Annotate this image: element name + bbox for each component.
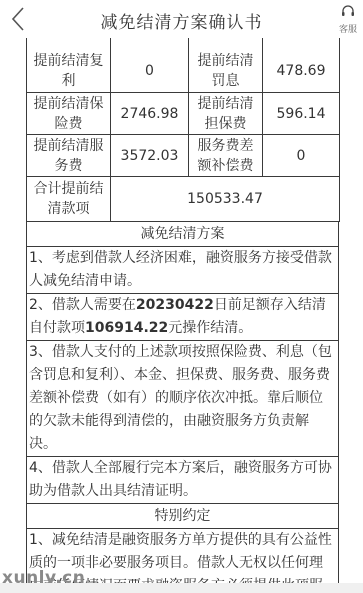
page-title: 减免结清方案确认书 (0, 8, 363, 33)
fee-value: 0 (263, 135, 340, 177)
fee-label: 服务费差额补偿费 (189, 135, 263, 177)
plan-section-title: 减免结清方案 (26, 222, 339, 247)
customer-service-label: 客服 (333, 22, 363, 35)
total-row: 合计提前结清款项 150533.47 (27, 177, 340, 222)
plan-item-1: 1、考虑到借款人经济困难，融资服务方接受借款人减免结清申请。 (26, 247, 339, 294)
fee-value: 596.14 (263, 93, 340, 135)
special-section-title: 特别约定 (26, 504, 339, 529)
fee-label: 提前结清保险费 (27, 93, 111, 135)
total-value: 150533.47 (111, 177, 340, 222)
table-row: 提前结清服务费 3572.03 服务费差额补偿费 0 (27, 135, 340, 177)
deadline-date: 20230422 (136, 297, 214, 313)
fee-label: 提前结清服务费 (27, 135, 111, 177)
customer-service-button[interactable]: 客服 (333, 3, 363, 35)
headset-icon (341, 5, 355, 18)
table-row: 提前结清保险费 2746.98 提前结清担保费 596.14 (27, 93, 340, 135)
watermark: xunlv.cn (2, 568, 85, 588)
top-nav-bar: 减免结清方案确认书 客服 (0, 0, 363, 38)
plan-item-2: 2、借款人需要在20230422日前足额存入结清自付款项106914.22元操作… (26, 294, 339, 341)
fee-value: 3572.03 (111, 135, 189, 177)
fee-value: 2746.98 (111, 93, 189, 135)
total-label: 合计提前结清款项 (27, 177, 111, 222)
plan-item-4: 4、借款人全部履行完本方案后，融资服务方可协助为借款人出具结清证明。 (26, 457, 339, 504)
fee-label: 提前结清担保费 (189, 93, 263, 135)
settlement-amount: 106914.22 (85, 320, 168, 336)
confirmation-document: 提前结清复利 0 提前结清罚息 478.69 提前结清保险费 2746.98 提… (26, 0, 339, 593)
plan-item-3: 3、借款人支付的上述款项按照保险费、利息（包含罚息和复利）、本金、担保费、服务费… (26, 341, 339, 457)
